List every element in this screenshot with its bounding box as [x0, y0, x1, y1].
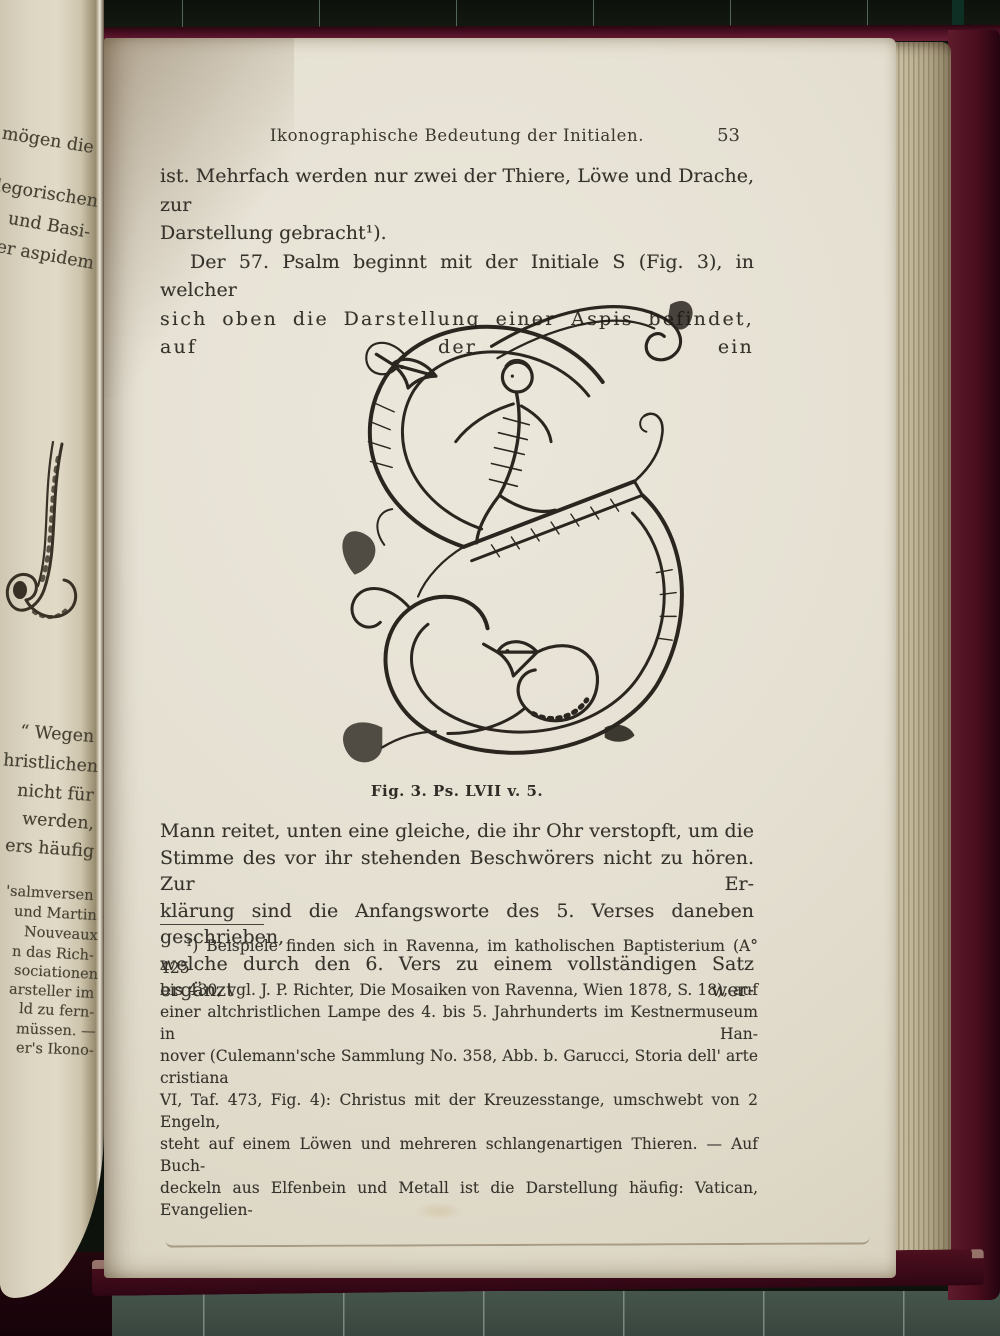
text-line: ist. Mehrfach werden nur zwei der Thiere… — [160, 162, 754, 219]
footnote: ¹) Beispiele finden sich in Ravenna, im … — [160, 935, 758, 1221]
footnote-rule — [160, 924, 264, 925]
page-number: 53 — [717, 125, 740, 146]
footnote-line: VI, Taf. 473, Fig. 4): Christus mit der … — [160, 1089, 758, 1133]
footnote-line: einer altchristlichen Lampe des 4. bis 5… — [160, 1001, 758, 1045]
initial-s-illustration — [285, 284, 700, 774]
left-page-text-fragment: mögen die — [1, 124, 96, 158]
upper-serpent-head — [376, 354, 436, 388]
left-page-serpent-illustration — [0, 440, 96, 660]
table-tiles-bottom — [0, 1291, 1000, 1336]
left-page-text-fragment: arsteller im — [8, 982, 94, 1002]
left-page-text-fragment: hristlichen — [2, 750, 98, 777]
left-page-text-fragment: n das Rich- — [12, 944, 95, 964]
left-page-text-fragment: 'salmversen — [6, 883, 94, 904]
book-cover-right — [948, 30, 1000, 1300]
book-photo: mögen die llegorischen und Basi- per asp… — [0, 0, 1000, 1336]
left-page-text-fragment: llegorischen — [0, 175, 100, 212]
figure-initial-s — [285, 284, 700, 774]
left-page-text-fragment: ers häufig — [4, 836, 94, 862]
main-page: Ikonographische Bedeutung der Initialen.… — [104, 38, 896, 1278]
text-line: Mann reitet, unten eine gleiche, die ihr… — [160, 818, 754, 845]
left-page: mögen die llegorischen und Basi- per asp… — [0, 0, 104, 1298]
left-page-text-fragment: werden, — [21, 809, 94, 834]
footnote-line: steht auf einem Löwen und mehreren schla… — [160, 1133, 758, 1177]
page-stack-edge — [893, 42, 951, 1274]
page-stack-line — [166, 1236, 870, 1247]
left-page-text-fragment: Nouveaux — [24, 924, 98, 944]
left-page-text-fragment: “ Wegen — [19, 722, 94, 747]
text-line: Darstellung gebracht¹). — [160, 219, 754, 248]
left-page-text-fragment: und Martin — [14, 904, 98, 924]
left-page-text-fragment: müssen. — — [16, 1021, 96, 1040]
left-page-text-fragment: ld zu fern- — [18, 1001, 94, 1021]
figure-caption: Fig. 3. Ps. LVII v. 5. — [160, 782, 754, 800]
running-header: Ikonographische Bedeutung der Initialen.… — [160, 126, 754, 145]
running-header-title: Ikonographische Bedeutung der Initialen. — [160, 126, 754, 145]
left-page-text-fragment: und Basi- — [6, 209, 91, 243]
text-line: Stimme des vor ihr stehenden Beschwörers… — [160, 845, 754, 898]
left-page-text-fragment: sociationen — [14, 963, 99, 983]
left-page-text-fragment: nicht für — [17, 781, 95, 806]
footnote-line: nover (Culemann'sche Sammlung No. 358, A… — [160, 1045, 758, 1089]
footnote-line: bis 430, vgl. J. P. Richter, Die Mosaike… — [160, 979, 758, 1001]
left-page-text-fragment: er's Ikono- — [16, 1040, 94, 1059]
footnote-line: ¹) Beispiele finden sich in Ravenna, im … — [160, 935, 758, 979]
footnote-line: deckeln aus Elfenbein und Metall ist die… — [160, 1177, 758, 1221]
